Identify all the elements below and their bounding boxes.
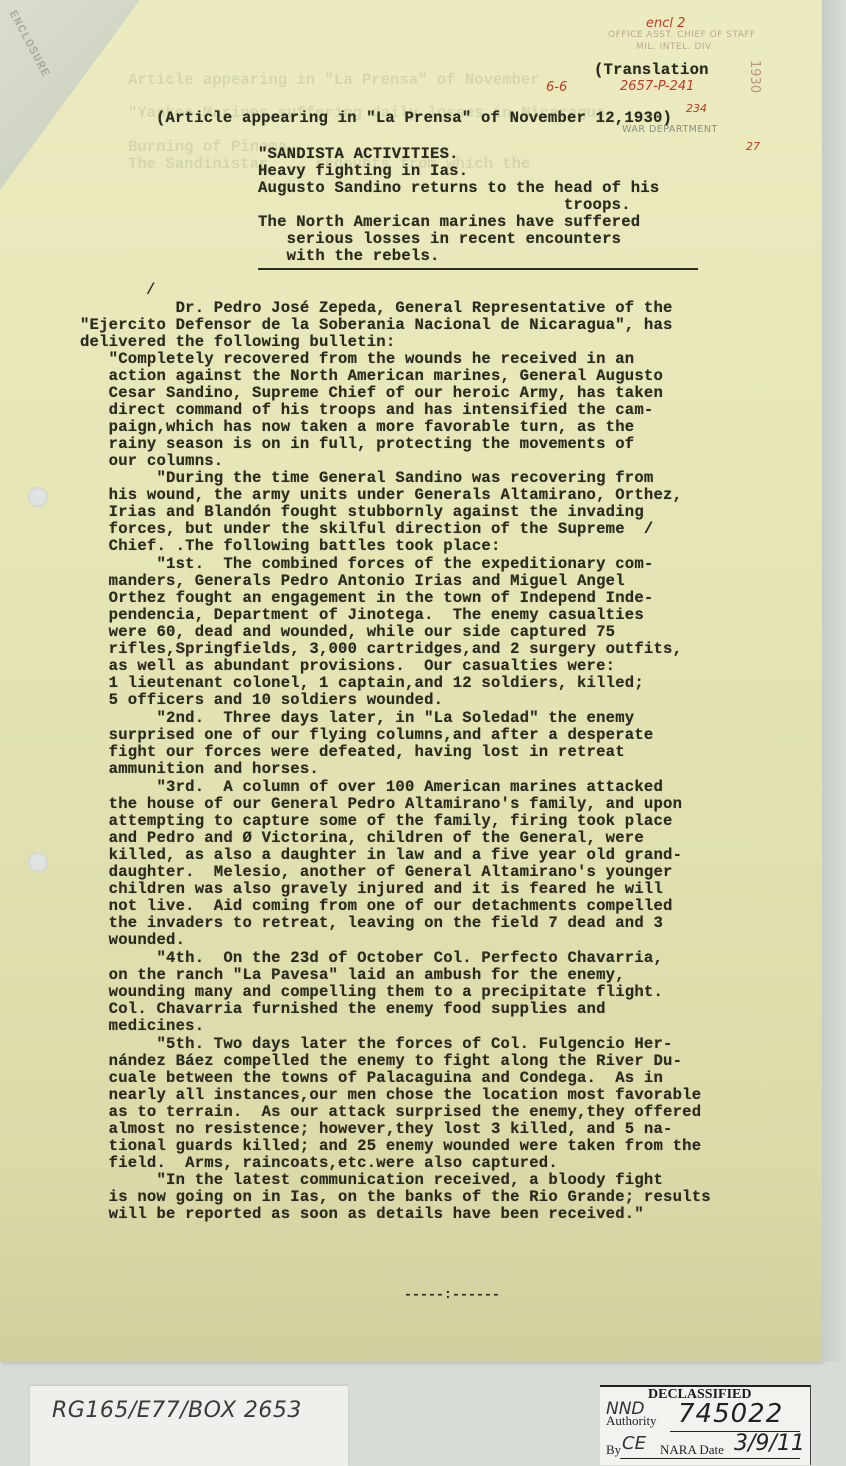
body-line: on the ranch "La Pavesa" laid an ambush … <box>80 967 625 984</box>
body-line: field. Arms, raincoats,etc.were also cap… <box>80 1155 558 1172</box>
body-line: attempting to capture some of the family… <box>80 813 673 830</box>
body-line: Chief. .The following battles took place… <box>80 538 501 555</box>
headline-line: "SANDISTA ACTIVITIES. <box>258 146 459 163</box>
body-line: killed, as also a daughter in law and a … <box>80 847 682 864</box>
article-source-line: (Article appearing in "La Prensa" of Nov… <box>156 110 672 127</box>
vertical-year-stamp: 1930 <box>747 60 762 93</box>
authority-label: Authority <box>606 1413 657 1429</box>
body-line: almost no resistence; however,they lost … <box>80 1121 673 1138</box>
body-line: "3rd. A column of over 100 American mari… <box>80 779 663 796</box>
body-line: Dr. Pedro José Zepeda, General Represent… <box>80 300 673 317</box>
body-line: paign,which has now taken a more favorab… <box>80 419 634 436</box>
body-line: fight our forces were defeated, having l… <box>80 744 625 761</box>
handwritten-6-6: 6-6 <box>546 80 567 95</box>
body-line: "During the time General Sandino was rec… <box>80 470 653 487</box>
body-line: 1 lieutenant colonel, 1 captain,and 12 s… <box>80 675 644 692</box>
curl-bleed-text: ENCLOSURE <box>6 8 53 80</box>
body-line: the invaders to retreat, leaving on the … <box>80 915 663 932</box>
end-divider: -----:------ <box>404 1286 500 1303</box>
punch-hole <box>28 852 48 872</box>
body-line: manders, Generals Pedro Antonio Irias an… <box>80 573 625 590</box>
office-stamp: OFFICE ASST. CHIEF OF STAFF <box>608 30 756 40</box>
body-line: ammunition and horses. <box>80 761 319 778</box>
body-line: "1st. The combined forces of the expedit… <box>80 556 653 573</box>
body-line: as well as abundant provisions. Our casu… <box>80 658 615 675</box>
body-line: delivered the following bulletin: <box>80 334 395 351</box>
body-line: were 60, dead and wounded, while our sid… <box>80 624 615 641</box>
body-line: wounded. <box>80 932 185 949</box>
box-label-text: RG165/E77/BOX 2653 <box>52 1398 302 1423</box>
headline-line: troops. <box>258 197 631 214</box>
body-line: action against the North American marine… <box>80 368 663 385</box>
margin-tick-mark: / <box>146 282 156 299</box>
body-line: nández Báez compelled the enemy to fight… <box>80 1053 682 1070</box>
body-line: not live. Aid coming from one of our det… <box>80 898 673 915</box>
authority-number: 745022 <box>678 1399 783 1429</box>
punch-hole <box>28 487 48 507</box>
body-line: "5th. Two days later the forces of Col. … <box>80 1036 673 1053</box>
body-line: as to terrain. As our attack surprised t… <box>80 1104 701 1121</box>
body-line: medicines. <box>80 1018 204 1035</box>
translation-label: (Translation <box>594 62 709 79</box>
office-stamp-division: MIL. INTEL. DIV. <box>636 42 714 52</box>
scan-gutter <box>822 0 846 1362</box>
body-line: our columns. <box>80 453 223 470</box>
body-line: "4th. On the 23d of October Col. Perfect… <box>80 950 663 967</box>
archive-box-label: RG165/E77/BOX 2653 <box>30 1386 348 1466</box>
handwritten-27: 27 <box>746 140 760 153</box>
headline-underline <box>258 268 698 270</box>
declassified-date: 3/9/11 <box>734 1431 805 1456</box>
body-line: "2nd. Three days later, in "La Soledad" … <box>80 710 634 727</box>
handwritten-enclosure-note: encl 2 <box>646 16 685 31</box>
body-line: daughter. Melesio, another of General Al… <box>80 864 673 881</box>
headline-line: Heavy fighting in Ias. <box>258 163 468 180</box>
headline-line: with the rebels. <box>258 248 440 265</box>
body-line: his wound, the army units under Generals… <box>80 487 682 504</box>
body-line: tional guards killed; and 25 enemy wound… <box>80 1138 701 1155</box>
body-line: Orthez fought an engagement in the town … <box>80 590 653 607</box>
handwritten-234: 234 <box>686 102 707 115</box>
body-line: surprised one of our flying columns,and … <box>80 727 653 744</box>
body-line: rifles,Springfields, 3,000 cartridges,an… <box>80 641 682 658</box>
body-line: wounding many and compelling them to a p… <box>80 984 663 1001</box>
bleed-through-line: Article appearing in "La Prensa" of Nove… <box>128 72 540 89</box>
war-department-stamp: WAR DEPARTMENT <box>622 124 718 135</box>
body-line: pendencia, Department of Jinotega. The e… <box>80 607 644 624</box>
body-line: direct command of his troops and has int… <box>80 402 653 419</box>
body-line: is now going on in Ias, on the banks of … <box>80 1189 711 1206</box>
by-label: By <box>606 1442 621 1458</box>
body-line: cuale between the towns of Palacaguina a… <box>80 1070 663 1087</box>
headline-line: The North American marines have suffered <box>258 214 640 231</box>
declassified-stamp: DECLASSIFIED NND Authority 745022 By CE … <box>600 1385 811 1465</box>
nara-date-label: NARA Date <box>660 1442 724 1458</box>
by-initials: CE <box>622 1433 646 1454</box>
body-line: Cesar Sandino, Supreme Chief of our hero… <box>80 385 663 402</box>
body-line: the house of our General Pedro Altamiran… <box>80 796 682 813</box>
date-underline <box>620 1458 800 1459</box>
body-line: will be reported as soon as details have… <box>80 1206 644 1223</box>
headline-line: Augusto Sandino returns to the head of h… <box>258 180 659 197</box>
body-line: "In the latest communication received, a… <box>80 1172 663 1189</box>
body-line: children was also gravely injured and it… <box>80 881 663 898</box>
body-line: 5 officers and 10 soldiers wounded. <box>80 692 443 709</box>
headline-line: serious losses in recent encounters <box>258 231 621 248</box>
body-line: "Ejercito Defensor de la Soberania Nacio… <box>80 317 673 334</box>
body-line: and Pedro and Ø Victorina, children of t… <box>80 830 644 847</box>
body-line: Irias and Blandón fought stubbornly agai… <box>80 504 644 521</box>
body-line: forces, but under the skilful direction … <box>80 521 653 538</box>
body-line: Col. Chavarria furnished the enemy food … <box>80 1001 606 1018</box>
handwritten-file-number: 2657-P-241 <box>620 79 694 94</box>
body-line: "Completely recovered from the wounds he… <box>80 351 634 368</box>
body-line: rainy season is on in full, protecting t… <box>80 436 634 453</box>
body-line: nearly all instances,our men chose the l… <box>80 1087 701 1104</box>
